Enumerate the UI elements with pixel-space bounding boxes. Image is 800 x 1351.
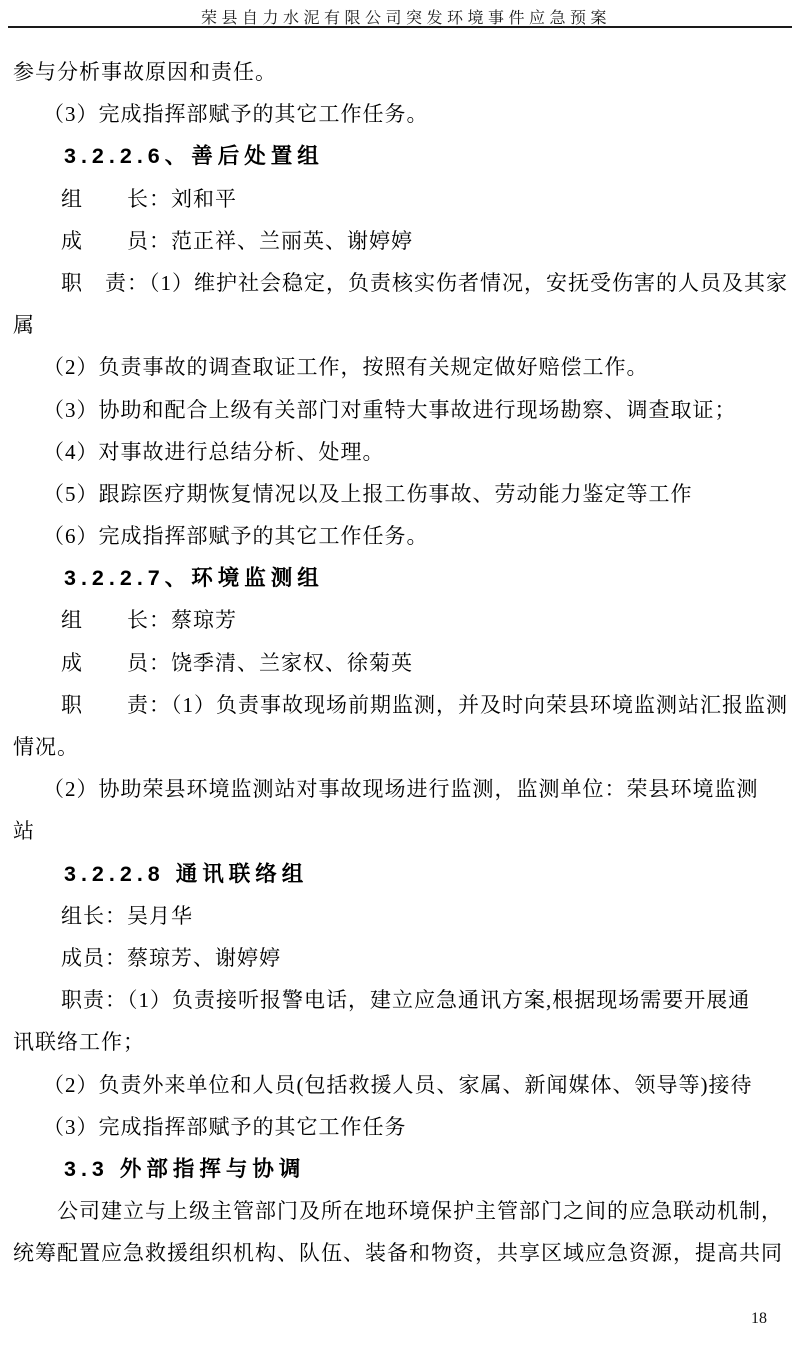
text-line: （6）完成指挥部赋予的其它工作任务。 [13, 515, 792, 557]
text-line: （3）协助和配合上级有关部门对重特大事故进行现场勘察、调查取证； [13, 389, 792, 431]
text-line: 职责：（1）负责接听报警电话，建立应急通讯方案,根据现场需要开展通 [13, 979, 792, 1021]
text-line: （4）对事故进行总结分析、处理。 [13, 431, 792, 473]
section-heading: 3.2.2.7、环境监测组 [13, 557, 792, 599]
header-rule [8, 26, 792, 28]
text-line: 职 责：（1）维护社会稳定，负责核实伤者情况，安抚受伤害的人员及其家 [13, 262, 792, 304]
text-line: 统筹配置应急救援组织机构、队伍、装备和物资，共享区域应急资源，提高共同 [13, 1232, 792, 1274]
page-number: 18 [751, 1310, 767, 1328]
text-line: 职 责：（1）负责事故现场前期监测，并及时向荣县环境监测站汇报监测 [13, 684, 792, 726]
text-line: （2）负责事故的调查取证工作，按照有关规定做好赔偿工作。 [13, 346, 792, 388]
text-line: （2）协助荣县环境监测站对事故现场进行监测，监测单位：荣县环境监测 [13, 768, 792, 810]
section-heading: 3.3 外部指挥与协调 [13, 1148, 792, 1190]
document-lines: 参与分析事故原因和责任。（3）完成指挥部赋予的其它工作任务。3.2.2.6、善后… [13, 51, 792, 1274]
text-line: （3）完成指挥部赋予的其它工作任务 [13, 1106, 792, 1148]
text-line: （3）完成指挥部赋予的其它工作任务。 [13, 93, 792, 135]
text-line: （5）跟踪医疗期恢复情况以及上报工伤事故、劳动能力鉴定等工作 [13, 473, 792, 515]
text-line: （2）负责外来单位和人员(包括救援人员、家属、新闻媒体、领导等)接待 [13, 1064, 792, 1106]
text-line: 站 [13, 810, 792, 852]
text-line: 成员：蔡琼芳、谢婷婷 [13, 937, 792, 979]
text-line: 成 员：范正祥、兰丽英、谢婷婷 [13, 220, 792, 262]
text-line: 参与分析事故原因和责任。 [13, 51, 792, 93]
text-line: 组 长：刘和平 [13, 178, 792, 220]
text-line: 公司建立与上级主管部门及所在地环境保护主管部门之间的应急联动机制， [13, 1190, 792, 1232]
text-line: 组长：吴月华 [13, 895, 792, 937]
document-header-title: 荣县自力水泥有限公司突发环境事件应急预案 [0, 5, 800, 28]
section-heading: 3.2.2.8 通讯联络组 [13, 853, 792, 895]
text-line: 组 长：蔡琼芳 [13, 599, 792, 641]
text-line: 情况。 [13, 726, 792, 768]
text-line: 成 员：饶季清、兰家权、徐菊英 [13, 642, 792, 684]
text-line: 讯联络工作； [13, 1021, 792, 1063]
section-heading: 3.2.2.6、善后处置组 [13, 135, 792, 177]
document-page: 荣县自力水泥有限公司突发环境事件应急预案 参与分析事故原因和责任。（3）完成指挥… [0, 0, 800, 1351]
text-line: 属 [13, 304, 792, 346]
